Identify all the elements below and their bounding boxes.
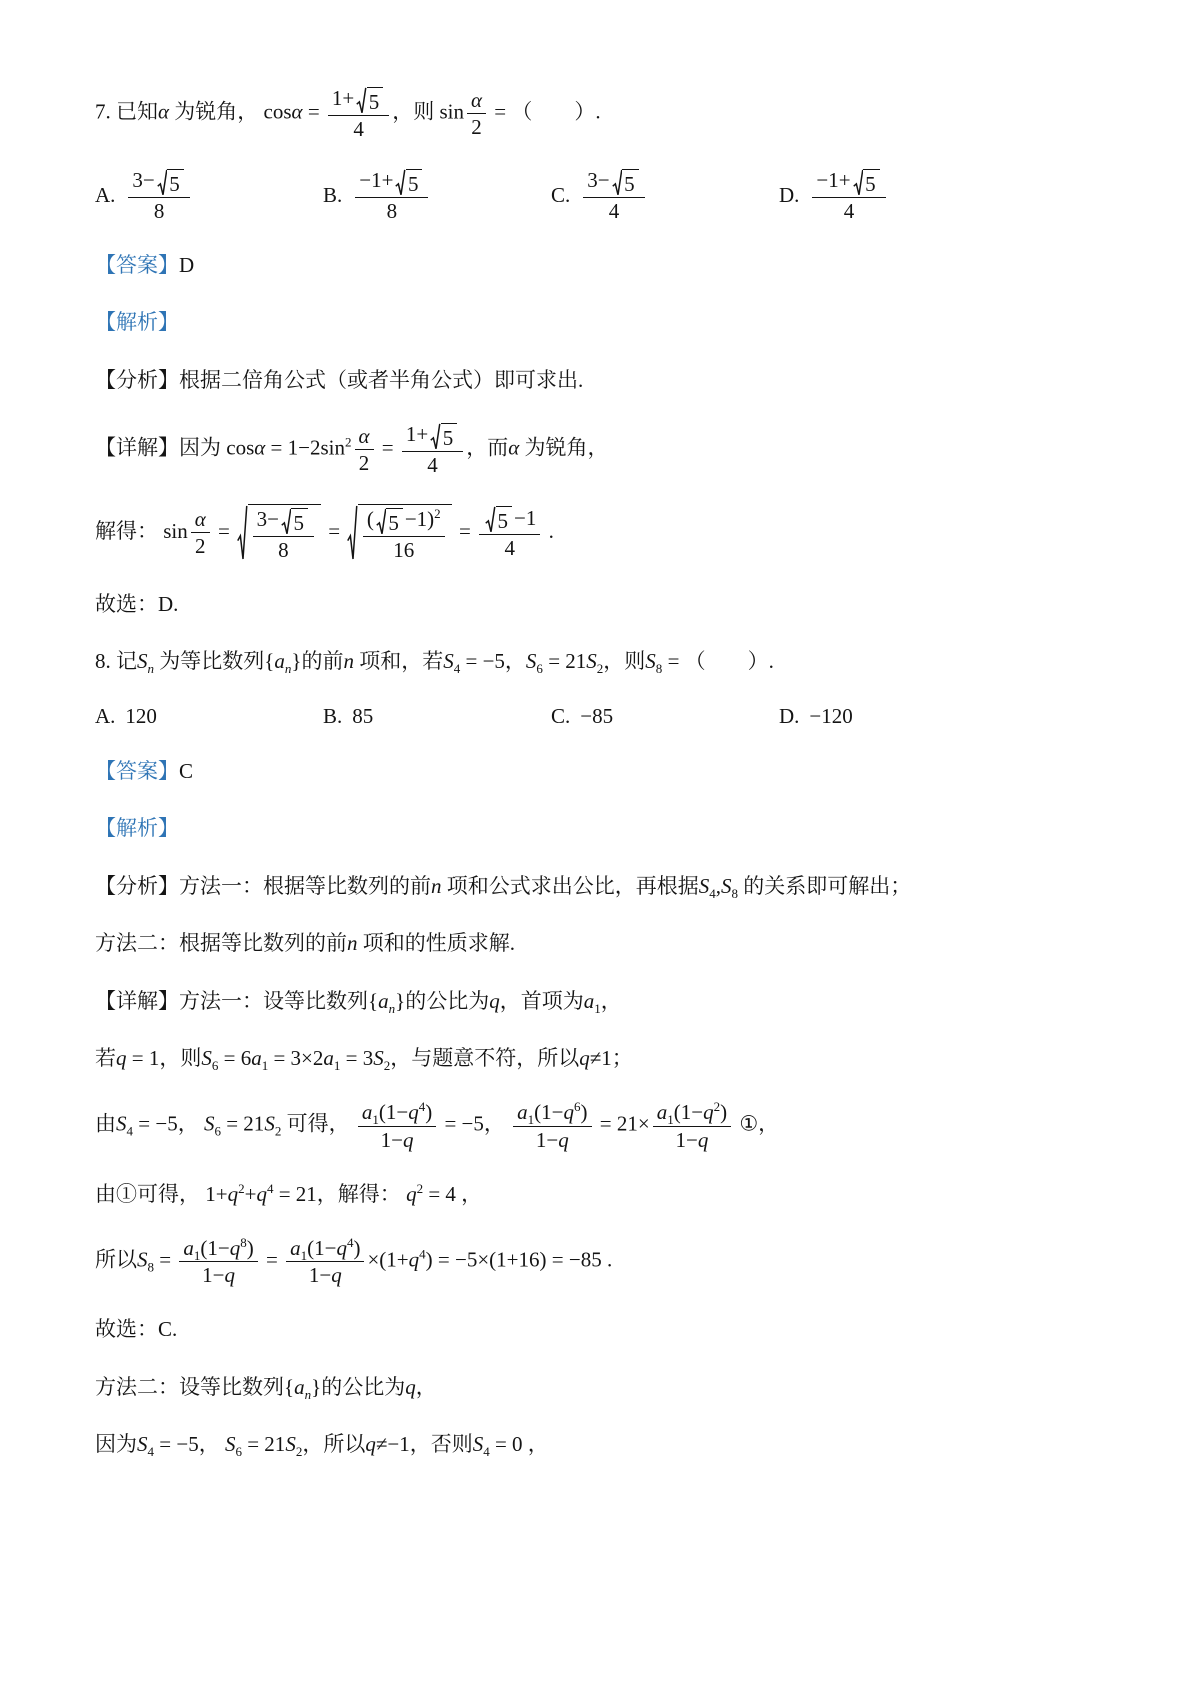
option-formula: 3−54 xyxy=(580,168,647,223)
question-8-option-b: B. 85 xyxy=(323,704,551,729)
option-value: 85 xyxy=(352,704,373,729)
question-7: 7. 已知α 为锐角， cosα = 1+54，则 sinα2 = （ ）. A… xyxy=(95,86,1122,619)
option-formula: 3−58 xyxy=(125,168,192,223)
option-label: C. xyxy=(551,183,570,208)
question-7-options: A. 3−58 B. −1+58 C. 3−54 D. −1+54 xyxy=(95,168,1122,223)
question-8-fenxi-line-1: 【分析】方法一：根据等比数列的前n 项和公式求出公比，再根据S4,S8 的关系即… xyxy=(95,871,1122,901)
option-label: A. xyxy=(95,183,115,208)
option-value: −120 xyxy=(809,704,852,729)
question-7-jiede-line: 解得： sinα2 = 3−58 = (5−1)216 = 5−14 . xyxy=(95,504,1122,562)
option-formula: −1+58 xyxy=(352,168,431,223)
question-7-xiangjie-line: 【详解】因为 cosα = 1−2sin2α2 = 1+54，而α 为锐角， xyxy=(95,422,1122,477)
option-value: 120 xyxy=(125,704,157,729)
question-7-option-a: A. 3−58 xyxy=(95,168,323,223)
question-7-option-c: C. 3−54 xyxy=(551,168,779,223)
question-8-guxuan-line: 故选：C. xyxy=(95,1314,1122,1344)
question-8-answer-line: 【答案】C xyxy=(95,756,1122,786)
question-8-solution-line-4: 由①可得， 1+q2+q4 = 21，解得： q2 = 4 ， xyxy=(95,1179,1122,1209)
question-8-solution-line-8: 因为S4 = −5， S6 = 21S2，所以q≠−1，否则S4 = 0 ， xyxy=(95,1429,1122,1459)
question-7-option-d: D. −1+54 xyxy=(779,168,1007,223)
question-8-solution-line-3: 由S4 = −5， S6 = 21S2 可得， a1(1−q4)1−q = −5… xyxy=(95,1100,1122,1151)
option-label: B. xyxy=(323,183,342,208)
option-value: −85 xyxy=(580,704,613,729)
option-formula: −1+54 xyxy=(809,168,888,223)
jiexi-label: 【解析】 xyxy=(95,310,179,334)
question-8-jiexi-line: 【解析】 xyxy=(95,813,1122,843)
option-label: D. xyxy=(779,704,799,729)
option-label: D. xyxy=(779,183,799,208)
question-7-stem: 7. 已知α 为锐角， cosα = 1+54，则 sinα2 = （ ）. xyxy=(95,86,1122,141)
question-8-solution-line-1: 【详解】方法一：设等比数列{an}的公比为q，首项为a1， xyxy=(95,986,1122,1016)
question-7-guxuan-line: 故选：D. xyxy=(95,589,1122,619)
question-8-solution-line-5: 所以S8 = a1(1−q8)1−q = a1(1−q4)1−q×(1+q4) … xyxy=(95,1236,1122,1287)
option-label: A. xyxy=(95,704,115,729)
question-8-solution-line-2: 若q = 1，则S6 = 6a1 = 3×2a1 = 3S2，与题意不符，所以q… xyxy=(95,1043,1122,1073)
document-page: 7. 已知α 为锐角， cosα = 1+54，则 sinα2 = （ ）. A… xyxy=(0,0,1200,1698)
jiexi-label: 【解析】 xyxy=(95,816,179,840)
answer-label: 【答案】 xyxy=(95,759,179,783)
question-7-fenxi-line: 【分析】根据二倍角公式（或者半角公式）即可求出. xyxy=(95,365,1122,395)
question-8-fenxi-line-2: 方法二：根据等比数列的前n 项和的性质求解. xyxy=(95,928,1122,958)
question-8-option-d: D. −120 xyxy=(779,704,1007,729)
question-7-jiexi-line: 【解析】 xyxy=(95,307,1122,337)
question-8-stem: 8. 记Sn 为等比数列{an}的前n 项和，若S4 = −5，S6 = 21S… xyxy=(95,646,1122,676)
answer-label: 【答案】 xyxy=(95,253,179,277)
answer-value: C xyxy=(179,759,193,783)
question-8-solution-line-7: 方法二：设等比数列{an}的公比为q， xyxy=(95,1372,1122,1402)
question-8-option-c: C. −85 xyxy=(551,704,779,729)
question-8: 8. 记Sn 为等比数列{an}的前n 项和，若S4 = −5，S6 = 21S… xyxy=(95,646,1122,1459)
option-label: B. xyxy=(323,704,342,729)
option-label: C. xyxy=(551,704,570,729)
question-7-answer-line: 【答案】D xyxy=(95,250,1122,280)
question-8-option-a: A. 120 xyxy=(95,704,323,729)
question-7-option-b: B. −1+58 xyxy=(323,168,551,223)
question-8-options: A. 120 B. 85 C. −85 D. −120 xyxy=(95,704,1122,729)
answer-value: D xyxy=(179,253,194,277)
